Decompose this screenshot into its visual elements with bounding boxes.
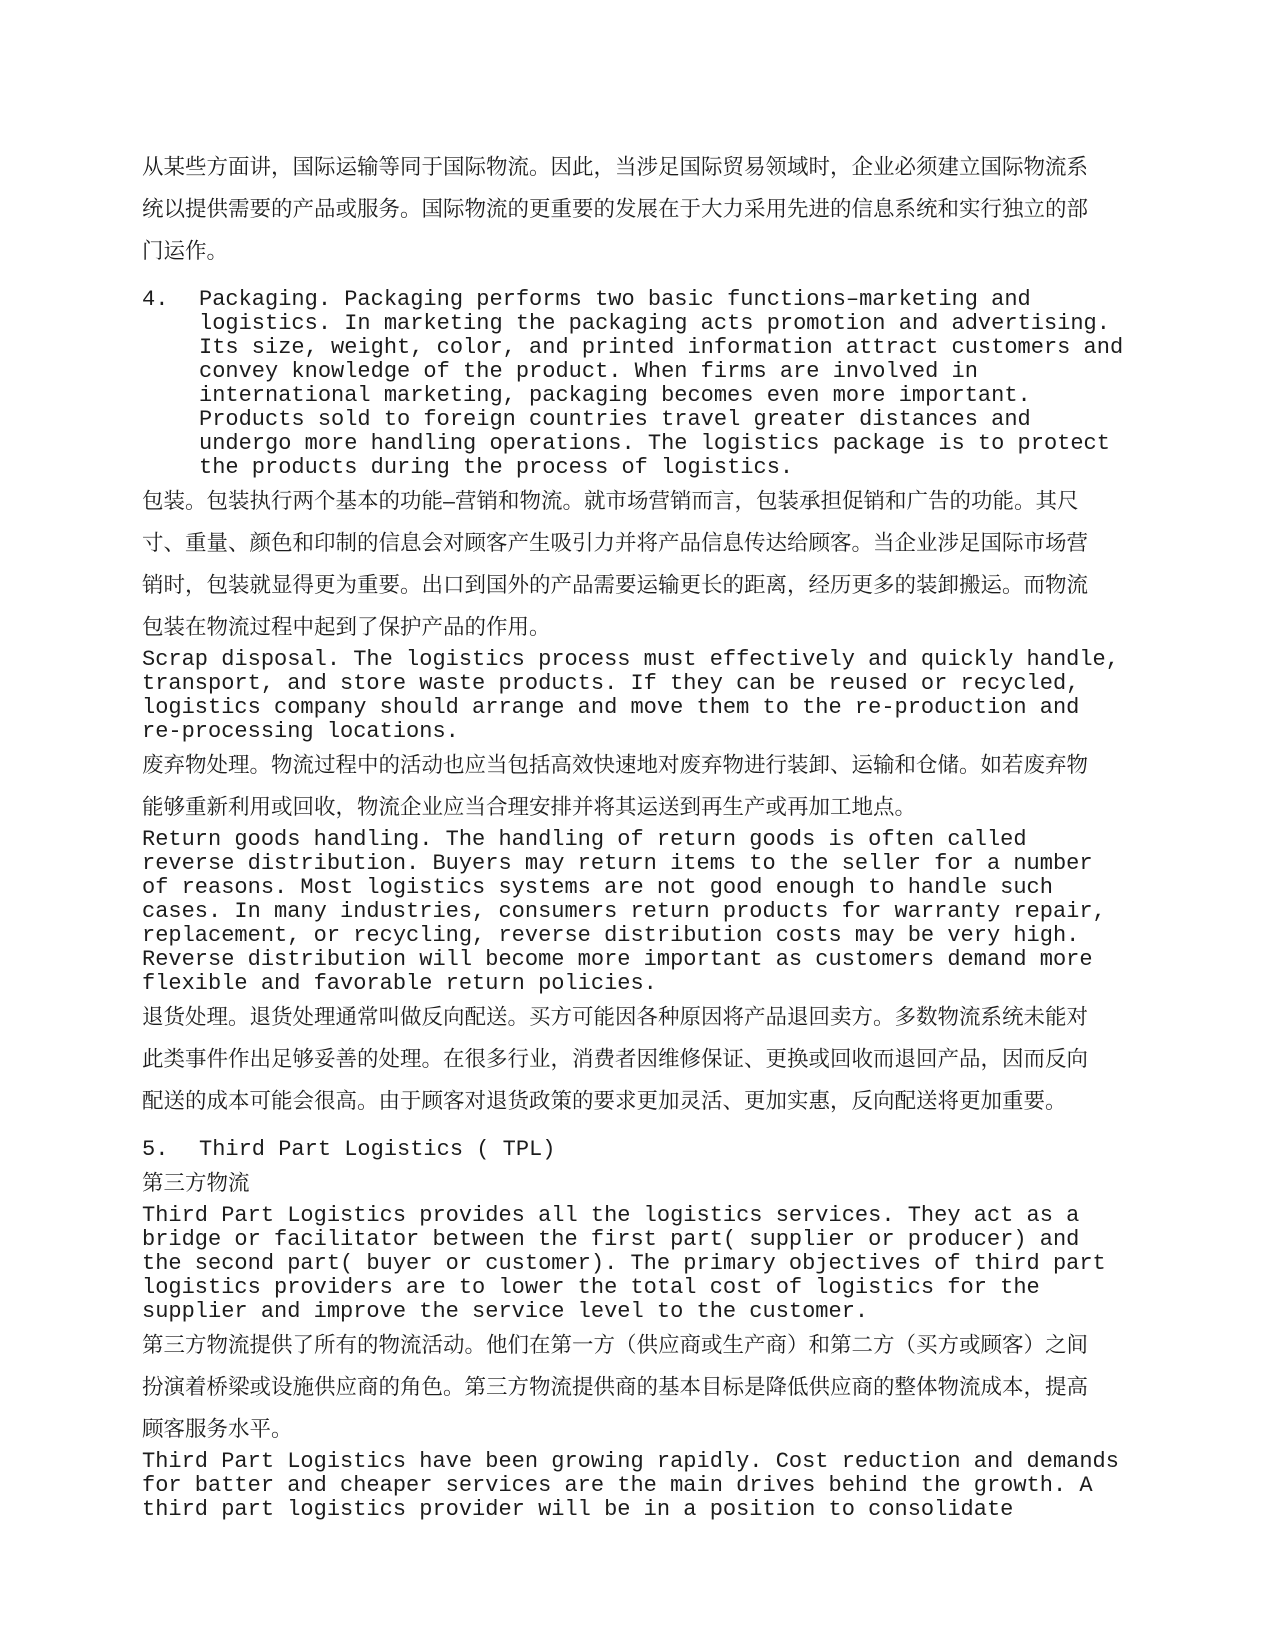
- paragraph-zh-packaging: 包装。包装执行两个基本的功能–营销和物流。就市场营销而言，包装承担促销和广告的功…: [142, 480, 1165, 648]
- heading-en-third-part-logistics: Third Part Logistics ( TPL): [199, 1138, 1165, 1162]
- paragraph-zh-return-goods: 退货处理。退货处理通常叫做反向配送。买方可能因各种原因将产品退回卖方。多数物流系…: [142, 996, 1165, 1122]
- list-item-4-packaging: 4. Packaging. Packaging performs two bas…: [142, 288, 1165, 480]
- list-item-4-marker: 4.: [142, 288, 199, 312]
- heading-zh-third-part-logistics: 第三方物流: [142, 1162, 1165, 1204]
- paragraph-en-scrap-disposal: Scrap disposal. The logistics process mu…: [142, 648, 1165, 744]
- paragraph-en-return-goods: Return goods handling. The handling of r…: [142, 828, 1165, 996]
- paragraph-zh-international-logistics: 从某些方面讲，国际运输等同于国际物流。因此，当涉足国际贸易领域时，企业必须建立国…: [142, 146, 1165, 272]
- paragraph-zh-scrap-disposal: 废弃物处理。物流过程中的活动也应当包括高效快速地对废弃物进行装卸、运输和仓储。如…: [142, 744, 1165, 828]
- list-item-5-marker: 5.: [142, 1138, 199, 1162]
- paragraph-en-tpl-overview: Third Part Logistics provides all the lo…: [142, 1204, 1165, 1324]
- paragraph-en-tpl-growth: Third Part Logistics have been growing r…: [142, 1450, 1165, 1522]
- list-item-5-tpl-heading: 5. Third Part Logistics ( TPL): [142, 1138, 1165, 1162]
- document-page: 从某些方面讲，国际运输等同于国际物流。因此，当涉足国际贸易领域时，企业必须建立国…: [0, 0, 1275, 1650]
- paragraph-zh-tpl-overview: 第三方物流提供了所有的物流活动。他们在第一方（供应商或生产商）和第二方（买方或顾…: [142, 1324, 1165, 1450]
- paragraph-en-packaging: Packaging. Packaging performs two basic …: [199, 288, 1165, 480]
